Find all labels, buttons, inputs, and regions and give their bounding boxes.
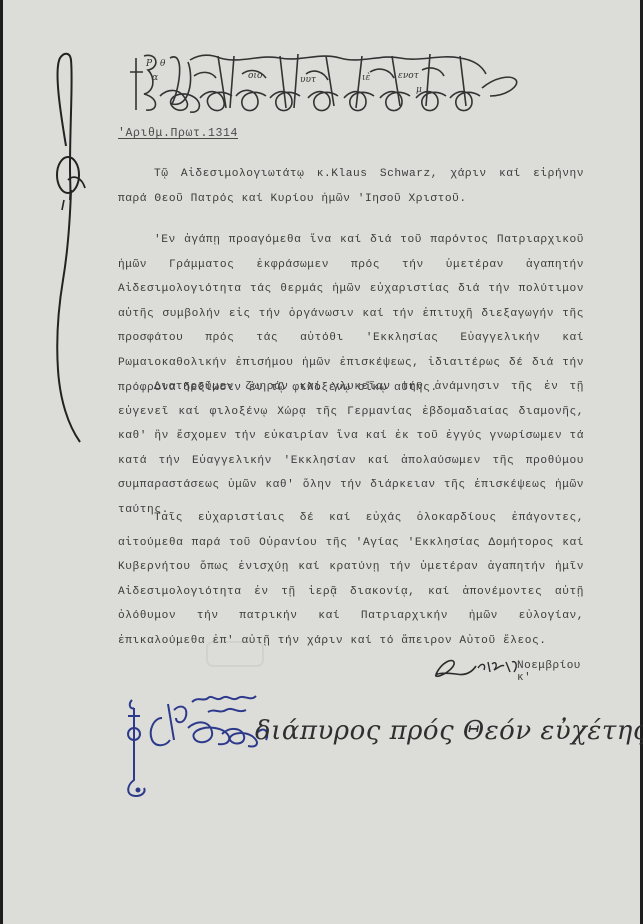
text-line: Ταῖς εὐχαριστίαις δέ καί εὐχάς ὁλοκαρδίο… (118, 506, 584, 531)
svg-text:υυτ: υυτ (300, 75, 317, 85)
signature-text: διάπυρος πρός Θεόν εὐχέτης β. (255, 716, 643, 746)
text-line: ἐπικαλούμεθα ἐπ' αὐτῇ τήν χάριν καί τό ἄ… (118, 629, 584, 654)
text-line: ἡμῶν Γράμματος ἐκφράσωμεν πρός τήν ὑμετέ… (118, 253, 584, 278)
text-line: 'Εν ἀγάπῃ προαγόμεθα ἵνα καί διά τοῦ παρ… (118, 228, 584, 253)
text-line: ὁλόθυμον τήν πατρικήν καί Πατριαρχικήν ἡ… (118, 604, 584, 629)
salutation: Τῷ Αἰδεσιμολογιωτάτῳ κ.Klaus Schwarz, χά… (118, 162, 584, 211)
svg-text:Ρ: Ρ (145, 59, 153, 69)
svg-text:α: α (152, 73, 158, 83)
text-line: Ρωμαιοκαθολικήν ἐπισήμου ἡμῶν ἐπισκέψεως… (118, 351, 584, 376)
text-line: Αἰδεσιμολογιότητα τάς θερμάς ἡμῶν εὐχαρι… (118, 277, 584, 302)
svg-text:θ: θ (160, 59, 166, 69)
handwritten-year-icon (432, 652, 524, 682)
patriarch-blue-monogram-seal-icon (118, 690, 278, 800)
text-line: καθ' ἣν ἔσχομεν τήν εὐκαιρίαν ἵνα καί ἐκ… (118, 424, 584, 449)
text-line: εὐγενεῖ καί φιλοξένῳ Χώρᾳ τῆς Γερμανίας … (118, 400, 584, 425)
protocol-number: 'Αριθμ.Πρωτ.1314 (118, 127, 238, 140)
loop-flourish-icon (40, 50, 110, 450)
text-line: κατά τήν Εὐαγγελικήν 'Εκκλησίαν καί ἀπολ… (118, 449, 584, 474)
salutation-line: Τῷ Αἰδεσιμολογιωτάτῳ κ.Klaus Schwarz, χά… (118, 162, 584, 187)
svg-text:μ: μ (416, 85, 422, 95)
body-paragraph-3: Ταῖς εὐχαριστίαις δέ καί εὐχάς ὁλοκαρδίο… (118, 506, 584, 654)
svg-text:ιὲ: ιὲ (362, 72, 371, 83)
text-line: αἰτούμεθα παρά τοῦ Οὐρανίου τῆς 'Αγίας '… (118, 531, 584, 556)
svg-text:οιο: οιο (248, 71, 263, 81)
text-line: προσφάτου πρός τάς αὐτόθι 'Εκκλησίας Εὐα… (118, 326, 584, 351)
salutation-line: παρά Θεοῦ Πατρός καί Κυρίου ἡμῶν 'Ιησοῦ … (118, 187, 584, 212)
text-line: συμπαραστάσεως ὑμῶν καθ' ὅλην τήν διάρκε… (118, 473, 584, 498)
date-line: Νοεμβρίου κ' (432, 652, 592, 682)
text-line: αὐτῆς συμβολήν εἰς τήν ὀργάνωσιν καί τήν… (118, 302, 584, 327)
date-month: Νοεμβρίου κ' (517, 660, 592, 684)
handwritten-signature: διάπυρος πρός Θεόν εὐχέτης β. (255, 690, 620, 780)
text-line: Αἰδεσιμολογιότητα ἐν τῇ ἱερᾷ διακονίᾳ, κ… (118, 580, 584, 605)
text-line: Διατηροῦμεν ζωηράν καί γλυκεῖαν τήν ἀνάμ… (118, 375, 584, 400)
text-line: Κυβερνήτου ὅπως ἐνισχύῃ καί κρατύνῃ τήν … (118, 555, 584, 580)
faint-stamp-icon (205, 640, 265, 668)
svg-text:ενοτ: ενοτ (398, 71, 420, 81)
cross-monogram-letterhead-icon: Ραθ οιουυτιὲ ενοτμ (130, 48, 520, 116)
body-paragraph-2: Διατηροῦμεν ζωηράν καί γλυκεῖαν τήν ἀνάμ… (118, 375, 584, 523)
